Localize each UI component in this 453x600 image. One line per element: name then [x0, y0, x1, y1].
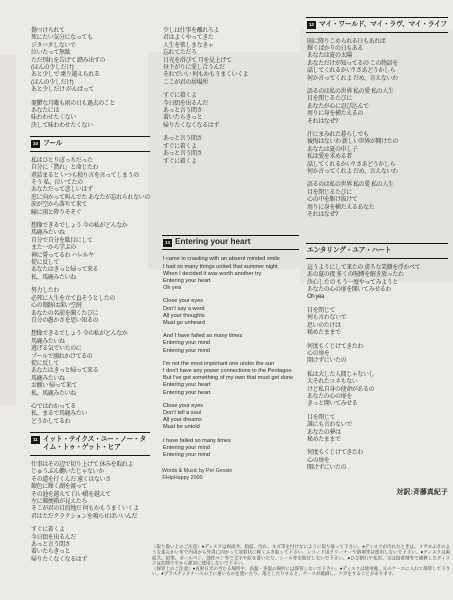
lyric-line: 今日街を出るんだ	[163, 101, 299, 108]
song-title: イット・テイクス・ユー・ノー・タイム・トゥ・ゲット・ヒア	[43, 436, 149, 453]
lyric-line: Entering your mind	[163, 445, 299, 452]
stanza: I'm not the most important one under the…	[163, 361, 299, 397]
track-number-badge: 10	[31, 140, 40, 148]
stanza: 努力したわ必死に人生を立て直そうとしたの心の傷跡は深い空洞あなたの名前を聞くたび…	[31, 288, 150, 325]
lyric-line: I had so many things untied that summer …	[163, 264, 299, 271]
song-title: フール	[43, 140, 62, 148]
song-title: エンタリング・ユア・ハート	[307, 247, 391, 255]
page-showthrough-left-edge	[0, 55, 16, 405]
lyric-line: 馬鹿みたいね	[31, 339, 150, 346]
lyric-line: And I have failed so many times	[163, 333, 299, 340]
lyric-line: 着いたらきっと	[163, 115, 299, 122]
lyric-line: 逃げる気でいたのに	[31, 346, 150, 353]
lyric-line: Don't tell a soul	[163, 410, 299, 417]
lyric-line: あと少しだけ がんばって	[31, 87, 150, 94]
lyric-line: 神に誓ってるわ ハレルヤ	[31, 253, 150, 260]
lyric-line: 帰りたくなくなるはず	[31, 557, 150, 564]
lyric-line: 必死に人生を立て直そうとしたの	[31, 296, 150, 303]
lyric-line: 雨に降りこめられる日もあれば	[307, 39, 448, 46]
lyric-line: 私は大した人間じゃないし	[307, 372, 448, 379]
lyric-line: 後悔はないわ 新しい世界が開けたの	[307, 139, 448, 146]
lyric-line: I have failed so many times	[163, 438, 299, 445]
lyric-line: あなたは夏の太陽	[307, 53, 448, 60]
lyric-line: Entering your heart	[163, 390, 299, 397]
lyric-line: 死にたい気分になっても	[31, 35, 150, 42]
lyric-line: 憂鬱な月曜も雨の日も過去のこと	[31, 101, 150, 108]
lyric-line: 泣いたって無駄	[31, 50, 150, 57]
column-spacer	[162, 172, 299, 230]
column-mid: 少しは仕事を離れろよ君はよくやってきた人生を楽しまなきゃ忘れてただろ日光を浴びて…	[162, 28, 299, 481]
lyric-line: I'm not the most important one under the…	[163, 361, 299, 368]
lyric-line: 秘めたままで	[307, 330, 448, 337]
stanza: 雨に降りこめられる日もあれば輝くばかりの日もあるあなたは夏の太陽あなただけが知っ…	[307, 39, 448, 83]
lyric-line: Don't say a word	[163, 306, 299, 313]
lyric-line: それでいい 何もかもうまくいくよ	[163, 72, 299, 79]
lyric-line: I don't have any power connections to th…	[163, 368, 299, 375]
lyric-line: 開けずにいたの	[307, 465, 448, 472]
lyric-line: Entering your mind	[163, 348, 299, 355]
stanza: 汗にまみれた暮らしでも後悔はないわ 新しい世界が開けたのあなたは夏の申し子私は愛…	[307, 132, 448, 176]
stanza: 語るのは私の世界 私の愛 私の人生目を閉じるたびに心の中を駆け抜けて周りに身を横…	[307, 182, 448, 219]
stanza: 想像できるでしょう 今の私がどんなか馬鹿みたいね逃げる気でいたのにプールで溺れか…	[31, 331, 150, 398]
lyric-line: 忘れてただろ	[163, 50, 299, 57]
lyric-line: あっと言う間さ	[163, 151, 299, 158]
stanza: 想像できるでしょう 今の私がどんなか馬鹿みたいね自分で自分を駄目にしてまた一から…	[31, 223, 150, 282]
stanza: 目を閉じて誰にも言わないであなたの夢は秘めたままで	[307, 415, 448, 445]
lyric-line: 話してくれるかい? さあどうかしら	[307, 162, 448, 169]
lyric-line: Entering your mind	[163, 340, 299, 347]
lyric-line: 君はよくやってきた	[163, 35, 299, 42]
lyric-line: あなただけが知ってるの この物語を	[307, 61, 448, 68]
stanza: 這うようにして来たの 虚ろな笑顔を浮かべてあの夏の夜 多くの呪縛を解き放ったわ決…	[307, 265, 448, 302]
lyric-line: 涙が空から落ちて来て	[31, 202, 150, 209]
lyric-line: 何も言わないで	[307, 315, 448, 322]
lyric-line: あなたの夢は	[307, 430, 448, 437]
stanza: 傷つけられて死にたい気分になってもジタバタしないで泣いたって無駄ただ別れを告げて…	[31, 28, 150, 95]
lyric-line: すぐに着くよ	[163, 93, 299, 100]
lyric-line: I came in crawling with an absent minded…	[163, 256, 299, 263]
stanza: 心ではわかってる私、まるで馬鹿みたいどうかしてるわ	[31, 404, 150, 426]
lyric-line: 話してくれるかい? さあどうかしら	[307, 68, 448, 75]
lyrics-booklet-page: 傷つけられて死にたい気分になってもジタバタしないで泣いたって無駄ただ別れを告げて…	[0, 0, 453, 600]
stanza: あっと言う間さすぐに着くよあっと言う間さすぐに着くよ	[163, 136, 299, 166]
lyric-line: あっと言う間さ	[163, 136, 299, 143]
lyric-line: そこが君の目的地だ 何もかもうまくいくよ	[31, 506, 150, 513]
lyric-line: Oh yea	[163, 285, 299, 292]
lyric-line: 目を閉じるたびに	[307, 96, 448, 103]
lyric-line: 周りに身を横たえるの	[307, 111, 448, 118]
stanza: I came in crawling with an absent minded…	[163, 256, 299, 292]
lyric-line: あなたはきっと帰って来る	[31, 267, 150, 274]
stanza: 仕事はその辺で切り上げて 休みを取れよじゅうぶん働いたじゃないかその道を行くんだ…	[31, 462, 150, 521]
song-header: 10フール	[30, 136, 150, 152]
lyric-line: 周りに身を横たえるあなた	[307, 205, 448, 212]
stanza: すぐに着くよ今日街を出るんだあっと言う間さ着いたらきっと帰りたくなくなるはず	[31, 527, 150, 564]
lyric-line: 今日街を出るんだ	[31, 535, 150, 542]
lyric-line: 馬鹿みたいね	[31, 230, 150, 237]
lyric-line: それはなぜ?	[307, 212, 448, 219]
lyric-line: けど私自身の使命があるの	[307, 387, 448, 394]
lyric-line: Entering your mind	[163, 452, 299, 459]
lyric-line: すぐに着くよ	[163, 159, 299, 166]
lyric-line: Entering your heart	[163, 278, 299, 285]
lyric-line: 心の傷跡は深い空洞	[31, 303, 150, 310]
lyric-line: お願い 帰って来て	[31, 383, 150, 390]
lyric-line: Oh yea	[307, 294, 448, 301]
lyric-line: 語るのは私の世界 私の愛 私の人生	[307, 182, 448, 189]
column-spacer	[306, 225, 448, 238]
lyric-line: 帰りたくなくなるはず	[163, 123, 299, 130]
lyric-line: 秘めたままで	[307, 437, 448, 444]
lyric-line: すぐに着くよ	[163, 144, 299, 151]
lyric-line: 瞳に雨と降りそそぐ	[31, 210, 150, 217]
lyric-line: When I decided it was worth another try	[163, 271, 299, 278]
column-left: 傷つけられて死にたい気分になってもジタバタしないで泣いたって無駄ただ別れを告げて…	[30, 28, 150, 570]
lyric-line: その池を越えて 白い橋を越えて	[31, 492, 150, 499]
lyric-line: 開けずにいたの	[307, 358, 448, 365]
handling-notice: 〈取り扱い上のご注意〉●ディスクは両面共、指紋、汚れ、キズ等を付けないように取り…	[152, 545, 450, 567]
stanza: Close your eyesDon't say a wordAll your …	[163, 298, 299, 327]
song-header: エンタリング・ユア・ハート	[306, 243, 448, 258]
song-title: Entering your heart	[175, 238, 251, 246]
lyric-line: 決心したの もう一度やってみようと	[307, 280, 448, 287]
song-header: 13Entering your heart	[162, 235, 299, 251]
lyric-line: それはなぜ?	[307, 119, 448, 126]
lyric-line: All your dreams	[163, 417, 299, 424]
stanza: I have failed so many timesEntering your…	[163, 438, 299, 460]
lyric-line: 心の中を駆け抜けて	[307, 197, 448, 204]
lyric-line: 君はただクラクションを鳴らせばいいんだ	[31, 514, 150, 521]
songwriter-credit: Words & Music by Per Gessle©HipHappy 200…	[162, 468, 299, 481]
lyric-line: あと少しで 乗り越えられる	[31, 72, 150, 79]
lyric-line: Entering your heart	[163, 382, 299, 389]
stanza: 私は大した人間じゃないし大それたコネもないけど私自身の使命があるのあなたの心の扉…	[307, 372, 448, 409]
lyric-line: あの夏の夜 多くの呪縛を解き放ったわ	[307, 272, 448, 279]
stanza: すぐに着くよ今日街を出るんだあっと言う間さ着いたらきっと帰りたくなくなるはず	[163, 93, 299, 130]
column-right: 12マイ・ワールド、マイ・ラヴ、マイ・ライフ雨に降りこめられる日もあれば輝くばか…	[306, 12, 448, 496]
lyric-line: ただ別れを告げて 踏み出すの	[31, 58, 150, 65]
song-header: 12マイ・ワールド、マイ・ラヴ、マイ・ライフ	[306, 17, 448, 33]
lyric-line: 私、まるで馬鹿みたい	[31, 411, 150, 418]
lyric-line: 煮詰まると いつも独り言を言ってしまうの	[31, 173, 150, 180]
lyric-line: あなたはきっと帰って来る	[31, 368, 150, 375]
credit-line: ©HipHappy 2000	[162, 475, 299, 482]
lyric-line: 何度もくじけてきたわ	[307, 450, 448, 457]
translator-credit: 対訳:斉藤真紀子	[306, 486, 448, 496]
care-notice-block: 〈取り扱い上のご注意〉●ディスクは両面共、指紋、汚れ、キズ等を付けないように取り…	[152, 545, 450, 589]
lyric-line: 私、馬鹿みたいね	[31, 275, 150, 282]
lyric-line: Must go unheard	[163, 320, 299, 327]
lyric-line: 自分の愚かさを思い知るの	[31, 318, 150, 325]
song-title: マイ・ワールド、マイ・ラヴ、マイ・ライフ	[319, 21, 447, 29]
stanza: 何度もくじけてきたわ心の扉を開けずにいたの	[307, 450, 448, 472]
lyric-line: Must be untold	[163, 424, 299, 431]
lyric-line: But I've got something of my own that mu…	[163, 375, 299, 382]
lyric-line: All your thoughts	[163, 313, 299, 320]
lyric-line: 自分に「黙れ」と命じたわ	[31, 165, 150, 172]
lyric-line: じゅうぶん働いたじゃないか	[31, 469, 150, 476]
stanza: 語るのは私の世界 私の愛 私の人生目を閉じるたびにあなたが心に忍び込んで周りに身…	[307, 89, 448, 126]
lyric-line: 想像できるでしょう 今の私がどんなか	[31, 331, 150, 338]
lyric-line: 何か言ってくれよ だめ、言えないわ	[307, 169, 448, 176]
lyric-line: Close your eyes	[163, 403, 299, 410]
lyric-line: 思いのたけは	[307, 323, 448, 330]
lyric-line: 着いたらきっと	[31, 549, 150, 556]
lyric-line: 味わわせたくない	[31, 115, 150, 122]
lyric-line: 誰にも言わないで	[307, 422, 448, 429]
credit-line: Words & Music by Per Gessle	[162, 468, 299, 475]
lyric-line: あなたの名前を聞くたびに	[31, 311, 150, 318]
lyric-line: また一から学ぶの	[31, 245, 150, 252]
lyric-line: どうかしてるわ	[31, 419, 150, 426]
storage-notice: 〈保管上のご注意〉●直射日光の当たる場所や、高温・多湿の場所には保管しないで下さ…	[152, 567, 450, 578]
lyric-line: 日光を浴びて 月を見上げて	[163, 58, 299, 65]
lyric-line: 決して味わわせたくない	[31, 123, 150, 130]
stanza: 目を閉じて何も言わないで思いのたけは秘めたままで	[307, 308, 448, 338]
stanza: 何度もくじけてきたわ心の扉を開けずにいたの	[307, 344, 448, 366]
song-header: 11イット・テイクス・ユー・ノー・タイム・トゥ・ゲット・ヒア	[30, 432, 150, 456]
lyric-line: あなたの心の扉を開いてみせるわ	[307, 287, 448, 294]
lyric-line: プールで溺れかけてるの	[31, 354, 150, 361]
lyric-line: 努力したわ	[31, 288, 150, 295]
care-notice-text: 〈取り扱い上のご注意〉●ディスクは両面共、指紋、汚れ、キズ等を付けないように取り…	[152, 545, 450, 578]
lyric-line: ここが君の居場所	[163, 80, 299, 87]
lyric-line: 何度もくじけてきたわ	[307, 344, 448, 351]
stanza: 私はひとりぼっちだった自分に「黙れ」と命じたわ煮詰まると いつも独り言を言ってし…	[31, 158, 150, 217]
lyric-line: すぐに着くよ	[31, 527, 150, 534]
lyric-line: 銀色に輝く湖を渡って	[31, 484, 150, 491]
lyric-line: 何か言ってくれよ だめ、言えないわ	[307, 76, 448, 83]
lyric-line: きっと開いてみせる	[307, 401, 448, 408]
track-number-badge: 11	[31, 436, 40, 444]
track-number-badge: 13	[163, 239, 172, 247]
stanza: 少しは仕事を離れろよ君はよくやってきた人生を楽しまなきゃ忘れてただろ日光を浴びて…	[163, 28, 299, 87]
stanza: And I have failed so many timesEntering …	[163, 333, 299, 355]
lyric-line: Close your eyes	[163, 298, 299, 305]
lyric-line: あなただって悲しいはず	[31, 187, 150, 194]
stanza: 憂鬱な月曜も雨の日も過去のことあなたには味わわせたくない決して味わわせたくない	[31, 101, 150, 131]
lyric-line: 私は愛を求める者	[307, 154, 448, 161]
track-number-badge: 12	[307, 21, 316, 29]
lyric-line: 大それたコネもない	[307, 379, 448, 386]
lyric-line: 私、馬鹿みたいね	[31, 391, 150, 398]
stanza: Close your eyesDon't tell a soulAll your…	[163, 403, 299, 432]
